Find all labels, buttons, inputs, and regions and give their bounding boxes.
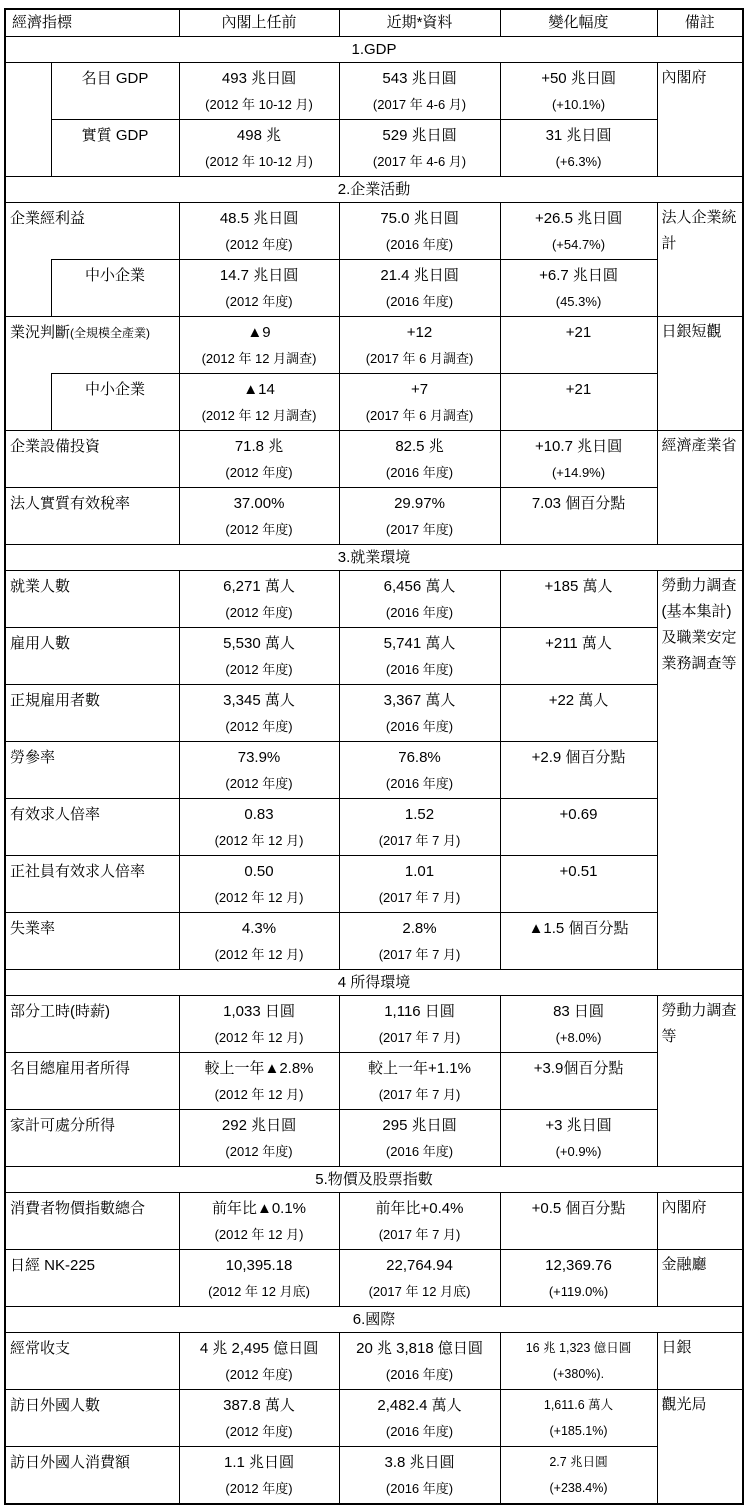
data-row: 有效求人倍率0.83(2012 年 12 月)1.52(2017 年 7 月)+… xyxy=(5,799,743,856)
value-main: 292 兆日圓 xyxy=(184,1112,335,1139)
value-main: 0.83 xyxy=(184,801,335,828)
value-main: 12,369.76 xyxy=(505,1252,653,1279)
value-cell: 31 兆日圓(+6.3%) xyxy=(500,120,657,177)
section-row: 4 所得環境 xyxy=(5,970,743,996)
indicator-cell: 失業率 xyxy=(5,913,179,970)
value-sub: (2016 年度) xyxy=(344,714,496,739)
value-cell: 529 兆日圓(2017 年 4-6 月) xyxy=(339,120,500,177)
value-sub: (2012 年 10-12 月) xyxy=(184,92,335,117)
value-main: +21 xyxy=(505,376,653,403)
value-cell: 3.8 兆日圓(2016 年度) xyxy=(339,1447,500,1505)
value-sub: (2012 年度) xyxy=(184,1139,335,1164)
value-cell: 3,367 萬人(2016 年度) xyxy=(339,685,500,742)
indicator-label: 家計可處分所得 xyxy=(10,1117,115,1134)
value-cell: 22,764.94(2017 年 12 月底) xyxy=(339,1250,500,1307)
indicator-label: 正社員有效求人倍率 xyxy=(10,863,145,880)
value-main: ▲14 xyxy=(184,376,335,403)
value-sub: (2012 年度) xyxy=(184,771,335,796)
value-sub: (2017 年 7 月) xyxy=(344,1025,496,1050)
value-sub: (+380%). xyxy=(505,1362,653,1387)
value-cell: 12,369.76(+119.0%) xyxy=(500,1250,657,1307)
value-sub: (2016 年度) xyxy=(344,1139,496,1164)
value-main: 3,345 萬人 xyxy=(184,687,335,714)
value-sub: (2017 年 7 月) xyxy=(344,885,496,910)
value-cell: 6,456 萬人(2016 年度) xyxy=(339,571,500,628)
indicator-label: 企業設備投資 xyxy=(10,438,100,455)
value-cell: 3,345 萬人(2012 年度) xyxy=(179,685,339,742)
value-cell: +12(2017 年 6 月調查) xyxy=(339,317,500,374)
value-main: 71.8 兆 xyxy=(184,433,335,460)
value-main: 76.8% xyxy=(344,744,496,771)
value-sub: (2012 年 12 月) xyxy=(184,942,335,967)
value-main: 前年比+0.4% xyxy=(344,1195,496,1222)
value-sub: (2012 年度) xyxy=(184,1476,335,1501)
value-main: 14.7 兆日圓 xyxy=(184,262,335,289)
value-main: 48.5 兆日圓 xyxy=(184,205,335,232)
value-main: +21 xyxy=(505,319,653,346)
sub-indicator-cell: 實質 GDP xyxy=(51,120,179,177)
indicator-cell: 法人實質有效稅率 xyxy=(5,488,179,545)
value-main: 493 兆日圓 xyxy=(184,65,335,92)
indent-cell xyxy=(5,260,51,317)
value-sub: (2016 年度) xyxy=(344,460,496,485)
data-row: 消費者物價指數總合前年比▲0.1%(2012 年 12 月)前年比+0.4%(2… xyxy=(5,1193,743,1250)
data-row: 名目總雇用者所得較上一年▲2.8%(2012 年 12 月)較上一年+1.1%(… xyxy=(5,1053,743,1110)
value-cell: 1,611.6 萬人(+185.1%) xyxy=(500,1390,657,1447)
value-sub: (2017 年 7 月) xyxy=(344,828,496,853)
value-cell: 29.97%(2017 年度) xyxy=(339,488,500,545)
data-row: 日經 NK-22510,395.18(2012 年 12 月底)22,764.9… xyxy=(5,1250,743,1307)
value-sub: (2017 年 7 月) xyxy=(344,1082,496,1107)
value-cell: +3.9個百分點 xyxy=(500,1053,657,1110)
value-cell: 387.8 萬人(2012 年度) xyxy=(179,1390,339,1447)
value-main: 295 兆日圓 xyxy=(344,1112,496,1139)
value-sub: (+54.7%) xyxy=(505,232,653,257)
value-sub: (2012 年 12 月調查) xyxy=(184,346,335,371)
value-cell: +211 萬人 xyxy=(500,628,657,685)
value-cell: 7.03 個百分點 xyxy=(500,488,657,545)
value-main: +211 萬人 xyxy=(505,630,653,657)
data-row: 勞參率73.9%(2012 年度)76.8%(2016 年度)+2.9 個百分點 xyxy=(5,742,743,799)
value-main: 31 兆日圓 xyxy=(505,122,653,149)
data-row: 業況判斷(全規模全產業)▲9(2012 年 12 月調查)+12(2017 年 … xyxy=(5,317,743,374)
note-cell: 勞動力調查(基本集計)及職業安定業務調查等 xyxy=(657,571,743,970)
indicator-label: 部分工時(時薪) xyxy=(10,1003,110,1020)
indicator-label: 日經 NK-225 xyxy=(10,1257,95,1274)
indicator-cell: 訪日外國人數 xyxy=(5,1390,179,1447)
value-cell: +3 兆日圓(+0.9%) xyxy=(500,1110,657,1167)
value-cell: 1.01(2017 年 7 月) xyxy=(339,856,500,913)
value-sub: (2012 年 12 月) xyxy=(184,828,335,853)
value-sub: (2012 年度) xyxy=(184,1419,335,1444)
value-cell: ▲14(2012 年 12 月調查) xyxy=(179,374,339,431)
document-page: 經濟指標 內閣上任前 近期*資料 變化幅度 備註 1.GDP名目 GDP493 … xyxy=(0,0,746,1507)
value-cell: +21 xyxy=(500,317,657,374)
value-main: 29.97% xyxy=(344,490,496,517)
value-main: 20 兆 3,818 億日圓 xyxy=(344,1335,496,1362)
value-main: 2.8% xyxy=(344,915,496,942)
indicator-label-small: (全規模全產業) xyxy=(70,326,150,340)
data-row: 家計可處分所得292 兆日圓(2012 年度)295 兆日圓(2016 年度)+… xyxy=(5,1110,743,1167)
value-sub: (2016 年度) xyxy=(344,1476,496,1501)
indicator-label: 法人實質有效稅率 xyxy=(10,495,130,512)
value-main: 4 兆 2,495 億日圓 xyxy=(184,1335,335,1362)
header-row: 經濟指標 內閣上任前 近期*資料 變化幅度 備註 xyxy=(5,9,743,37)
value-main: +10.7 兆日圓 xyxy=(505,433,653,460)
data-row: 部分工時(時薪)1,033 日圓(2012 年 12 月)1,116 日圓(20… xyxy=(5,996,743,1053)
value-cell: 73.9%(2012 年度) xyxy=(179,742,339,799)
value-sub: (2016 年度) xyxy=(344,1419,496,1444)
value-sub: (2012 年 12 月) xyxy=(184,1082,335,1107)
value-sub: (2016 年度) xyxy=(344,232,496,257)
header-cell-recent-data: 近期*資料 xyxy=(339,9,500,37)
value-cell: 4 兆 2,495 億日圓(2012 年度) xyxy=(179,1333,339,1390)
value-cell: 83 日圓(+8.0%) xyxy=(500,996,657,1053)
value-sub: (2012 年度) xyxy=(184,657,335,682)
value-main: +6.7 兆日圓 xyxy=(505,262,653,289)
data-row: 企業經利益48.5 兆日圓(2012 年度)75.0 兆日圓(2016 年度)+… xyxy=(5,203,743,260)
note-cell: 經濟產業省 xyxy=(657,431,743,545)
section-label: 6.國際 xyxy=(5,1307,743,1333)
value-main: 21.4 兆日圓 xyxy=(344,262,496,289)
value-cell: 1.52(2017 年 7 月) xyxy=(339,799,500,856)
value-cell: 2.8%(2017 年 7 月) xyxy=(339,913,500,970)
value-main: +3 兆日圓 xyxy=(505,1112,653,1139)
indicator-cell: 訪日外國人消費額 xyxy=(5,1447,179,1505)
value-main: 5,530 萬人 xyxy=(184,630,335,657)
value-main: 75.0 兆日圓 xyxy=(344,205,496,232)
value-cell: 1,033 日圓(2012 年 12 月) xyxy=(179,996,339,1053)
value-sub: (+6.3%) xyxy=(505,149,653,174)
value-main: 2.7 兆日圓 xyxy=(505,1449,653,1476)
data-row: 正規雇用者數3,345 萬人(2012 年度)3,367 萬人(2016 年度)… xyxy=(5,685,743,742)
economic-indicators-table: 經濟指標 內閣上任前 近期*資料 變化幅度 備註 1.GDP名目 GDP493 … xyxy=(4,8,744,1505)
value-cell: 82.5 兆(2016 年度) xyxy=(339,431,500,488)
indicator-label: 失業率 xyxy=(10,920,55,937)
section-label: 4 所得環境 xyxy=(5,970,743,996)
value-sub: (2012 年度) xyxy=(184,460,335,485)
indicator-cell: 企業經利益 xyxy=(5,203,179,260)
value-main: 82.5 兆 xyxy=(344,433,496,460)
value-sub: (2016 年度) xyxy=(344,289,496,314)
value-main: +26.5 兆日圓 xyxy=(505,205,653,232)
value-cell: 76.8%(2016 年度) xyxy=(339,742,500,799)
value-main: 387.8 萬人 xyxy=(184,1392,335,1419)
value-main: 83 日圓 xyxy=(505,998,653,1025)
value-cell: 5,741 萬人(2016 年度) xyxy=(339,628,500,685)
value-cell: 4.3%(2012 年 12 月) xyxy=(179,913,339,970)
value-main: 529 兆日圓 xyxy=(344,122,496,149)
value-main: +3.9個百分點 xyxy=(505,1055,653,1082)
sub-indicator-cell: 中小企業 xyxy=(51,260,179,317)
value-main: 3.8 兆日圓 xyxy=(344,1449,496,1476)
indicator-cell: 日經 NK-225 xyxy=(5,1250,179,1307)
value-cell: 較上一年+1.1%(2017 年 7 月) xyxy=(339,1053,500,1110)
value-sub: (+8.0%) xyxy=(505,1025,653,1050)
indicator-label: 有效求人倍率 xyxy=(10,806,100,823)
indicator-cell: 雇用人數 xyxy=(5,628,179,685)
value-sub: (2017 年 12 月底) xyxy=(344,1279,496,1304)
value-main: 22,764.94 xyxy=(344,1252,496,1279)
value-main: 1.1 兆日圓 xyxy=(184,1449,335,1476)
note-cell: 日銀 xyxy=(657,1333,743,1390)
indicator-label: 正規雇用者數 xyxy=(10,692,100,709)
value-cell: 295 兆日圓(2016 年度) xyxy=(339,1110,500,1167)
value-sub: (2016 年度) xyxy=(344,771,496,796)
value-main: 1,033 日圓 xyxy=(184,998,335,1025)
value-sub: (2012 年 12 月) xyxy=(184,1025,335,1050)
value-main: +2.9 個百分點 xyxy=(505,744,653,771)
value-sub: (2016 年度) xyxy=(344,1362,496,1387)
header-cell-before-cabinet: 內閣上任前 xyxy=(179,9,339,37)
value-sub: (2012 年 12 月) xyxy=(184,885,335,910)
value-sub: (+14.9%) xyxy=(505,460,653,485)
value-main: 7.03 個百分點 xyxy=(505,490,653,517)
indicator-cell: 消費者物價指數總合 xyxy=(5,1193,179,1250)
value-sub: (+238.4%) xyxy=(505,1476,653,1501)
section-row: 1.GDP xyxy=(5,37,743,63)
note-cell: 內閣府 xyxy=(657,63,743,177)
value-main: 較上一年+1.1% xyxy=(344,1055,496,1082)
value-cell: 10,395.18(2012 年 12 月底) xyxy=(179,1250,339,1307)
section-label: 5.物價及股票指數 xyxy=(5,1167,743,1193)
indicator-cell: 就業人數 xyxy=(5,571,179,628)
indicator-label: 就業人數 xyxy=(10,578,70,595)
value-sub: (2012 年度) xyxy=(184,600,335,625)
indent-cell xyxy=(5,63,51,177)
value-cell: 6,271 萬人(2012 年度) xyxy=(179,571,339,628)
indicator-cell: 業況判斷(全規模全產業) xyxy=(5,317,179,374)
section-label: 3.就業環境 xyxy=(5,545,743,571)
value-main: +0.51 xyxy=(505,858,653,885)
value-main: +0.69 xyxy=(505,801,653,828)
section-row: 2.企業活動 xyxy=(5,177,743,203)
value-sub: (2017 年 4-6 月) xyxy=(344,149,496,174)
section-row: 3.就業環境 xyxy=(5,545,743,571)
value-main: 前年比▲0.1% xyxy=(184,1195,335,1222)
value-main: 37.00% xyxy=(184,490,335,517)
value-sub: (2016 年度) xyxy=(344,600,496,625)
indicator-label: 勞參率 xyxy=(10,749,55,766)
value-main: ▲1.5 個百分點 xyxy=(505,915,653,942)
value-cell: 292 兆日圓(2012 年度) xyxy=(179,1110,339,1167)
value-cell: 2.7 兆日圓(+238.4%) xyxy=(500,1447,657,1505)
value-sub: (45.3%) xyxy=(505,289,653,314)
value-cell: 543 兆日圓(2017 年 4-6 月) xyxy=(339,63,500,120)
indicator-label: 企業經利益 xyxy=(10,210,85,227)
value-main: 1.52 xyxy=(344,801,496,828)
indent-cell xyxy=(5,374,51,431)
value-cell: +6.7 兆日圓(45.3%) xyxy=(500,260,657,317)
value-sub: (2017 年 6 月調查) xyxy=(344,346,496,371)
value-main: 16 兆 1,323 億日圓 xyxy=(505,1335,653,1362)
value-cell: 498 兆(2012 年 10-12 月) xyxy=(179,120,339,177)
data-row: 法人實質有效稅率37.00%(2012 年度)29.97%(2017 年度)7.… xyxy=(5,488,743,545)
value-sub: (2012 年度) xyxy=(184,517,335,542)
value-cell: ▲1.5 個百分點 xyxy=(500,913,657,970)
value-cell: +10.7 兆日圓(+14.9%) xyxy=(500,431,657,488)
value-main: 1.01 xyxy=(344,858,496,885)
value-main: 6,456 萬人 xyxy=(344,573,496,600)
data-row: 訪日外國人數387.8 萬人(2012 年度)2,482.4 萬人(2016 年… xyxy=(5,1390,743,1447)
value-main: +185 萬人 xyxy=(505,573,653,600)
value-cell: 0.83(2012 年 12 月) xyxy=(179,799,339,856)
value-cell: 37.00%(2012 年度) xyxy=(179,488,339,545)
section-row: 6.國際 xyxy=(5,1307,743,1333)
sub-indicator-cell: 名目 GDP xyxy=(51,63,179,120)
indicator-label: 訪日外國人消費額 xyxy=(10,1454,130,1471)
value-main: ▲9 xyxy=(184,319,335,346)
value-cell: +185 萬人 xyxy=(500,571,657,628)
value-cell: +21 xyxy=(500,374,657,431)
data-row: 名目 GDP493 兆日圓(2012 年 10-12 月)543 兆日圓(201… xyxy=(5,63,743,120)
sub-indicator-cell: 中小企業 xyxy=(51,374,179,431)
value-cell: 前年比+0.4%(2017 年 7 月) xyxy=(339,1193,500,1250)
indicator-label: 消費者物價指數總合 xyxy=(10,1200,145,1217)
value-sub: (2012 年度) xyxy=(184,289,335,314)
value-main: 4.3% xyxy=(184,915,335,942)
indicator-cell: 正社員有效求人倍率 xyxy=(5,856,179,913)
value-main: +7 xyxy=(344,376,496,403)
value-cell: +2.9 個百分點 xyxy=(500,742,657,799)
value-sub: (2012 年 12 月) xyxy=(184,1222,335,1247)
note-cell: 觀光局 xyxy=(657,1390,743,1505)
value-sub: (2012 年度) xyxy=(184,714,335,739)
value-main: 543 兆日圓 xyxy=(344,65,496,92)
header-cell-indicator: 經濟指標 xyxy=(5,9,179,37)
value-cell: +26.5 兆日圓(+54.7%) xyxy=(500,203,657,260)
data-row: 訪日外國人消費額1.1 兆日圓(2012 年度)3.8 兆日圓(2016 年度)… xyxy=(5,1447,743,1505)
value-main: 498 兆 xyxy=(184,122,335,149)
note-cell: 金融廳 xyxy=(657,1250,743,1307)
data-row: 中小企業14.7 兆日圓(2012 年度)21.4 兆日圓(2016 年度)+6… xyxy=(5,260,743,317)
value-cell: 21.4 兆日圓(2016 年度) xyxy=(339,260,500,317)
value-sub: (2012 年 12 月調查) xyxy=(184,403,335,428)
data-row: 正社員有效求人倍率0.50(2012 年 12 月)1.01(2017 年 7 … xyxy=(5,856,743,913)
value-cell: 48.5 兆日圓(2012 年度) xyxy=(179,203,339,260)
value-cell: 20 兆 3,818 億日圓(2016 年度) xyxy=(339,1333,500,1390)
value-sub: (2012 年 10-12 月) xyxy=(184,149,335,174)
value-cell: 5,530 萬人(2012 年度) xyxy=(179,628,339,685)
indicator-cell: 企業設備投資 xyxy=(5,431,179,488)
value-cell: 0.50(2012 年 12 月) xyxy=(179,856,339,913)
value-cell: +0.51 xyxy=(500,856,657,913)
value-main: 73.9% xyxy=(184,744,335,771)
indicator-cell: 有效求人倍率 xyxy=(5,799,179,856)
data-row: 就業人數6,271 萬人(2012 年度)6,456 萬人(2016 年度)+1… xyxy=(5,571,743,628)
value-sub: (2012 年 12 月底) xyxy=(184,1279,335,1304)
value-main: 5,741 萬人 xyxy=(344,630,496,657)
value-cell: +7(2017 年 6 月調查) xyxy=(339,374,500,431)
value-cell: ▲9(2012 年 12 月調查) xyxy=(179,317,339,374)
note-cell: 法人企業統計 xyxy=(657,203,743,317)
section-label: 1.GDP xyxy=(5,37,743,63)
value-cell: +0.69 xyxy=(500,799,657,856)
value-cell: +22 萬人 xyxy=(500,685,657,742)
value-cell: +50 兆日圓(+10.1%) xyxy=(500,63,657,120)
data-row: 經常收支4 兆 2,495 億日圓(2012 年度)20 兆 3,818 億日圓… xyxy=(5,1333,743,1390)
value-main: 3,367 萬人 xyxy=(344,687,496,714)
value-sub: (2016 年度) xyxy=(344,657,496,682)
value-cell: 較上一年▲2.8%(2012 年 12 月) xyxy=(179,1053,339,1110)
data-row: 雇用人數5,530 萬人(2012 年度)5,741 萬人(2016 年度)+2… xyxy=(5,628,743,685)
value-cell: 1.1 兆日圓(2012 年度) xyxy=(179,1447,339,1505)
value-sub: (+0.9%) xyxy=(505,1139,653,1164)
value-main: 1,116 日圓 xyxy=(344,998,496,1025)
value-cell: 71.8 兆(2012 年度) xyxy=(179,431,339,488)
value-main: 較上一年▲2.8% xyxy=(184,1055,335,1082)
value-main: 6,271 萬人 xyxy=(184,573,335,600)
note-cell: 日銀短觀 xyxy=(657,317,743,431)
indicator-cell: 名目總雇用者所得 xyxy=(5,1053,179,1110)
indicator-cell: 勞參率 xyxy=(5,742,179,799)
section-label: 2.企業活動 xyxy=(5,177,743,203)
value-sub: (2017 年 4-6 月) xyxy=(344,92,496,117)
value-cell: 1,116 日圓(2017 年 7 月) xyxy=(339,996,500,1053)
data-row: 實質 GDP498 兆(2012 年 10-12 月)529 兆日圓(2017 … xyxy=(5,120,743,177)
value-cell: 16 兆 1,323 億日圓(+380%). xyxy=(500,1333,657,1390)
value-main: 1,611.6 萬人 xyxy=(505,1392,653,1419)
value-cell: 前年比▲0.1%(2012 年 12 月) xyxy=(179,1193,339,1250)
value-sub: (2017 年 6 月調查) xyxy=(344,403,496,428)
header-cell-change: 變化幅度 xyxy=(500,9,657,37)
indicator-cell: 經常收支 xyxy=(5,1333,179,1390)
table-body: 經濟指標 內閣上任前 近期*資料 變化幅度 備註 1.GDP名目 GDP493 … xyxy=(5,9,743,1504)
value-sub: (2012 年度) xyxy=(184,232,335,257)
value-sub: (+10.1%) xyxy=(505,92,653,117)
value-main: 0.50 xyxy=(184,858,335,885)
section-row: 5.物價及股票指數 xyxy=(5,1167,743,1193)
indicator-label: 業況判斷 xyxy=(10,324,70,341)
note-cell: 內閣府 xyxy=(657,1193,743,1250)
note-cell: 勞動力調查等 xyxy=(657,996,743,1167)
value-main: 2,482.4 萬人 xyxy=(344,1392,496,1419)
value-main: +12 xyxy=(344,319,496,346)
indicator-label: 名目總雇用者所得 xyxy=(10,1060,130,1077)
data-row: 中小企業▲14(2012 年 12 月調查)+7(2017 年 6 月調查)+2… xyxy=(5,374,743,431)
value-cell: 2,482.4 萬人(2016 年度) xyxy=(339,1390,500,1447)
value-main: +0.5 個百分點 xyxy=(505,1195,653,1222)
value-cell: 14.7 兆日圓(2012 年度) xyxy=(179,260,339,317)
value-sub: (+185.1%) xyxy=(505,1419,653,1444)
data-row: 失業率4.3%(2012 年 12 月)2.8%(2017 年 7 月)▲1.5… xyxy=(5,913,743,970)
value-sub: (2017 年度) xyxy=(344,517,496,542)
value-sub: (2017 年 7 月) xyxy=(344,942,496,967)
indicator-cell: 正規雇用者數 xyxy=(5,685,179,742)
value-sub: (+119.0%) xyxy=(505,1279,653,1304)
value-cell: 75.0 兆日圓(2016 年度) xyxy=(339,203,500,260)
indicator-cell: 家計可處分所得 xyxy=(5,1110,179,1167)
indicator-label: 經常收支 xyxy=(10,1340,70,1357)
value-sub: (2012 年度) xyxy=(184,1362,335,1387)
value-cell: 493 兆日圓(2012 年 10-12 月) xyxy=(179,63,339,120)
header-cell-notes: 備註 xyxy=(657,9,743,37)
value-main: 10,395.18 xyxy=(184,1252,335,1279)
value-main: +22 萬人 xyxy=(505,687,653,714)
indicator-label: 雇用人數 xyxy=(10,635,70,652)
value-sub: (2017 年 7 月) xyxy=(344,1222,496,1247)
data-row: 企業設備投資71.8 兆(2012 年度)82.5 兆(2016 年度)+10.… xyxy=(5,431,743,488)
value-cell: +0.5 個百分點 xyxy=(500,1193,657,1250)
indicator-label: 訪日外國人數 xyxy=(10,1397,100,1414)
value-main: +50 兆日圓 xyxy=(505,65,653,92)
indicator-cell: 部分工時(時薪) xyxy=(5,996,179,1053)
